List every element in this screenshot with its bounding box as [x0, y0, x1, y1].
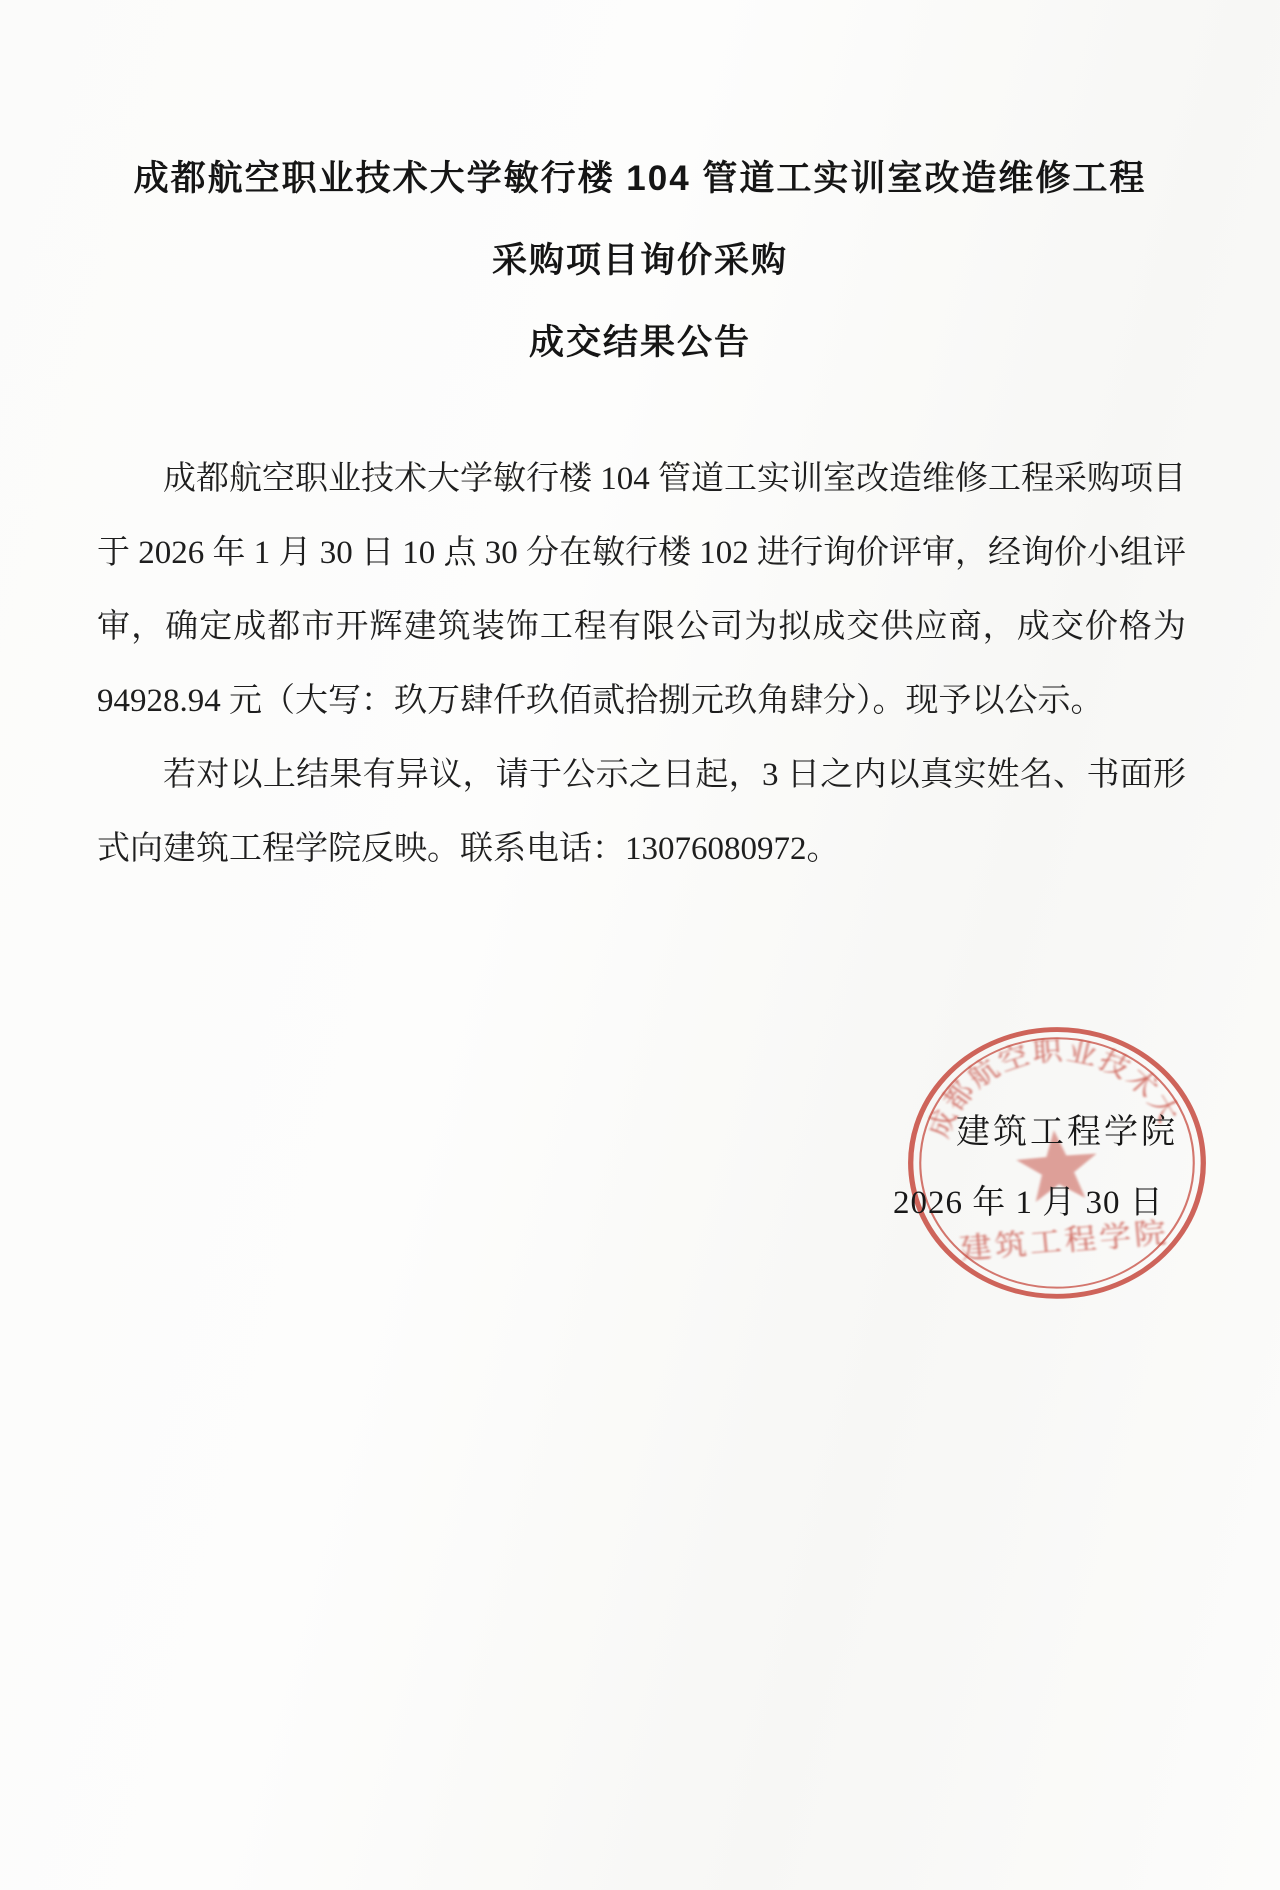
signature-org-text: 建筑工程学院	[956, 1104, 1178, 1153]
title-line-1: 成都航空职业技术大学敏行楼 104 管道工实训室改造维修工程	[0, 138, 1280, 220]
title-line-3: 成交结果公告	[0, 302, 1280, 384]
signature-date-text: 2026 年 1 月 30 日	[893, 1176, 1164, 1223]
document-body: 成都航空职业技术大学敏行楼 104 管道工实训室改造维修工程采购项目于 2026…	[97, 442, 1186, 886]
paragraph-objection: 若对以上结果有异议，请于公示之日起，3 日之内以真实姓名、书面形式向建筑工程学院…	[97, 738, 1186, 886]
official-seal-stamp: 成都航空职业技术大学 建筑工程学院	[898, 1016, 1216, 1306]
announcement-page: 成都航空职业技术大学敏行楼 104 管道工实训室改造维修工程 采购项目询价采购 …	[0, 0, 1280, 1890]
document-title: 成都航空职业技术大学敏行楼 104 管道工实训室改造维修工程 采购项目询价采购 …	[0, 138, 1280, 384]
title-line-2: 采购项目询价采购	[0, 220, 1280, 302]
paragraph-result: 成都航空职业技术大学敏行楼 104 管道工实训室改造维修工程采购项目于 2026…	[97, 442, 1186, 738]
stamp-bottom-text: 建筑工程学院	[958, 1217, 1170, 1266]
